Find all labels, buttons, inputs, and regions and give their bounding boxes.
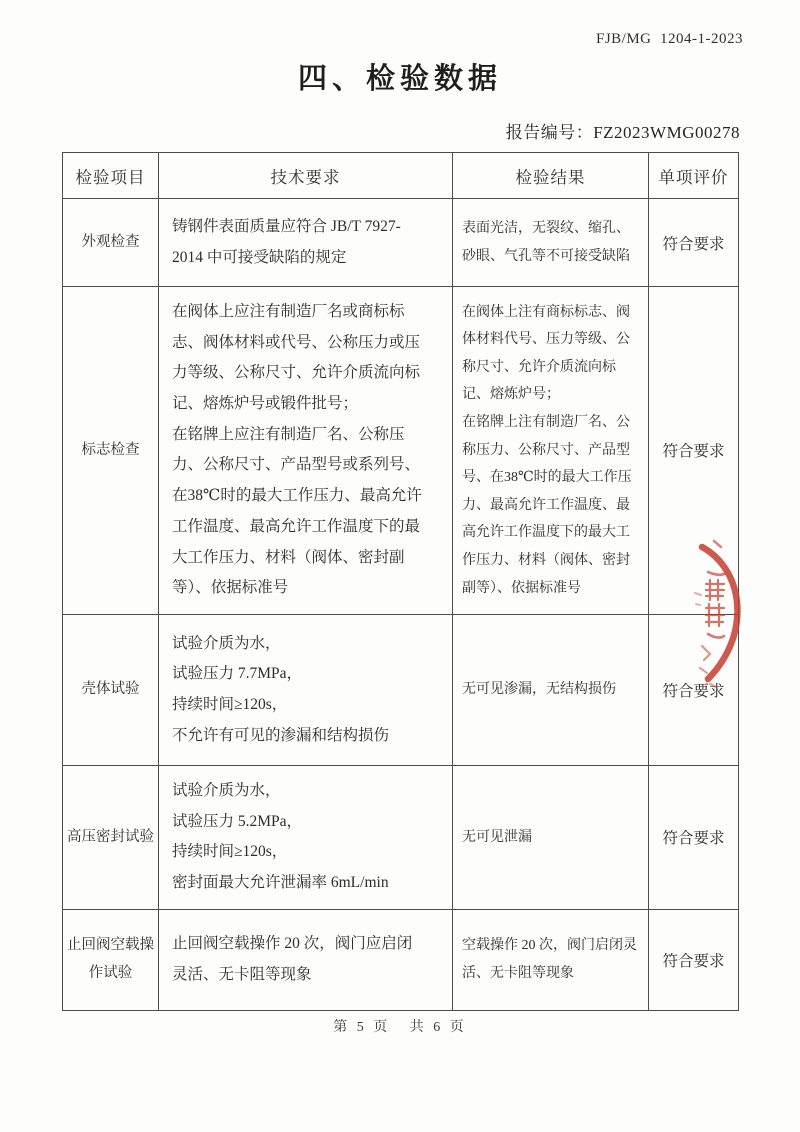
cell-inspection-result: 无可见泄漏 — [453, 765, 649, 909]
report-number-value: FZ2023WMG00278 — [593, 123, 740, 142]
page-number-footer: 第 5 页 共 6 页 — [0, 1016, 800, 1036]
column-header-evaluation: 单项评价 — [649, 153, 739, 199]
cell-paragraph: 在铭牌上应注有制造厂名、公称压力、公称尺寸、产品型号或系列号、在38℃时的最大工… — [172, 420, 426, 604]
column-header-item: 检验项目 — [63, 153, 159, 199]
cell-evaluation: 符合要求 — [649, 765, 739, 909]
cell-paragraph: 在铭牌上注有制造厂名、公称压力、公称尺寸、产品型号、在38℃时的最大工作压力、最… — [462, 409, 640, 602]
cell-paragraph: 试验介质为水， — [172, 776, 426, 807]
cell-paragraph: 无可见泄漏 — [462, 824, 640, 852]
cell-paragraph: 在阀体上应注有制造厂名或商标标志、阀体材料或代号、公称压力或压力等级、公称尺寸、… — [172, 297, 426, 420]
cell-technical-requirement: 止回阀空载操作 20 次，阀门应启闭灵活、无卡阻等现象 — [159, 909, 453, 1010]
table-row: 标志检查 在阀体上应注有制造厂名或商标标志、阀体材料或代号、公称压力或压力等级、… — [63, 287, 739, 615]
table-row: 止回阀空载操作试验 止回阀空载操作 20 次，阀门应启闭灵活、无卡阻等现象 空载… — [63, 909, 739, 1010]
cell-technical-requirement: 在阀体上应注有制造厂名或商标标志、阀体材料或代号、公称压力或压力等级、公称尺寸、… — [159, 287, 453, 615]
cell-paragraph: 持续时间≥120s， — [172, 837, 426, 868]
cell-inspection-item: 标志检查 — [63, 287, 159, 615]
cell-technical-requirement: 试验介质为水，试验压力 5.2MPa，持续时间≥120s，密封面最大允许泄漏率 … — [159, 765, 453, 909]
cell-paragraph: 不允许有可见的渗漏和结构损伤 — [172, 721, 426, 752]
cell-inspection-result: 在阀体上注有商标标志、阀体材料代号、压力等级、公称尺寸、允许介质流向标记、熔炼炉… — [453, 287, 649, 615]
report-number: 报告编号：FZ2023WMG00278 — [506, 118, 740, 143]
table-header-row: 检验项目 技术要求 检验结果 单项评价 — [63, 153, 739, 199]
column-header-result: 检验结果 — [453, 153, 649, 199]
cell-paragraph: 铸钢件表面质量应符合 JB/T 7927-2014 中可接受缺陷的规定 — [172, 212, 426, 273]
cell-technical-requirement: 试验介质为水，试验压力 7.7MPa，持续时间≥120s，不允许有可见的渗漏和结… — [159, 614, 453, 765]
cell-evaluation: 符合要求 — [649, 199, 739, 287]
cell-paragraph: 密封面最大允许泄漏率 6mL/min — [172, 868, 426, 899]
cell-paragraph: 在阀体上注有商标标志、阀体材料代号、压力等级、公称尺寸、允许介质流向标记、熔炼炉… — [462, 299, 640, 409]
document-code: FJB/MG 1204-1-2023 — [596, 31, 743, 48]
cell-paragraph: 止回阀空载操作 20 次，阀门应启闭灵活、无卡阻等现象 — [172, 929, 426, 990]
document-page: FJB/MG 1204-1-2023 四、检验数据 报告编号：FZ2023WMG… — [0, 0, 800, 1132]
table-row: 高压密封试验 试验介质为水，试验压力 5.2MPa，持续时间≥120s，密封面最… — [63, 765, 739, 909]
table-row: 外观检查 铸钢件表面质量应符合 JB/T 7927-2014 中可接受缺陷的规定… — [63, 199, 739, 287]
cell-inspection-result: 空载操作 20 次，阀门启闭灵活、无卡阻等现象 — [453, 909, 649, 1010]
page-title: 四、检验数据 — [0, 56, 800, 97]
cell-technical-requirement: 铸钢件表面质量应符合 JB/T 7927-2014 中可接受缺陷的规定 — [159, 199, 453, 287]
cell-inspection-item: 高压密封试验 — [63, 765, 159, 909]
cell-inspection-item: 止回阀空载操作试验 — [63, 909, 159, 1010]
report-number-label: 报告编号： — [506, 123, 594, 142]
cell-paragraph: 试验介质为水， — [172, 629, 426, 660]
cell-inspection-item: 壳体试验 — [63, 614, 159, 765]
cell-inspection-result: 表面光洁，无裂纹、缩孔、砂眼、气孔等不可接受缺陷 — [453, 199, 649, 287]
inspection-table: 检验项目 技术要求 检验结果 单项评价 外观检查 铸钢件表面质量应符合 JB/T… — [62, 152, 739, 1011]
column-header-requirement: 技术要求 — [159, 153, 453, 199]
cell-inspection-result: 无可见渗漏，无结构损伤 — [453, 614, 649, 765]
cell-inspection-item: 外观检查 — [63, 199, 159, 287]
cell-evaluation: 符合要求 — [649, 614, 739, 765]
cell-paragraph: 表面光洁，无裂纹、缩孔、砂眼、气孔等不可接受缺陷 — [462, 215, 640, 270]
cell-paragraph: 空载操作 20 次，阀门启闭灵活、无卡阻等现象 — [462, 932, 640, 987]
cell-evaluation: 符合要求 — [649, 287, 739, 615]
cell-paragraph: 试验压力 7.7MPa， — [172, 659, 426, 690]
cell-paragraph: 试验压力 5.2MPa， — [172, 807, 426, 838]
cell-paragraph: 无可见渗漏，无结构损伤 — [462, 676, 640, 704]
table-row: 壳体试验 试验介质为水，试验压力 7.7MPa，持续时间≥120s，不允许有可见… — [63, 614, 739, 765]
cell-paragraph: 持续时间≥120s， — [172, 690, 426, 721]
cell-evaluation: 符合要求 — [649, 909, 739, 1010]
